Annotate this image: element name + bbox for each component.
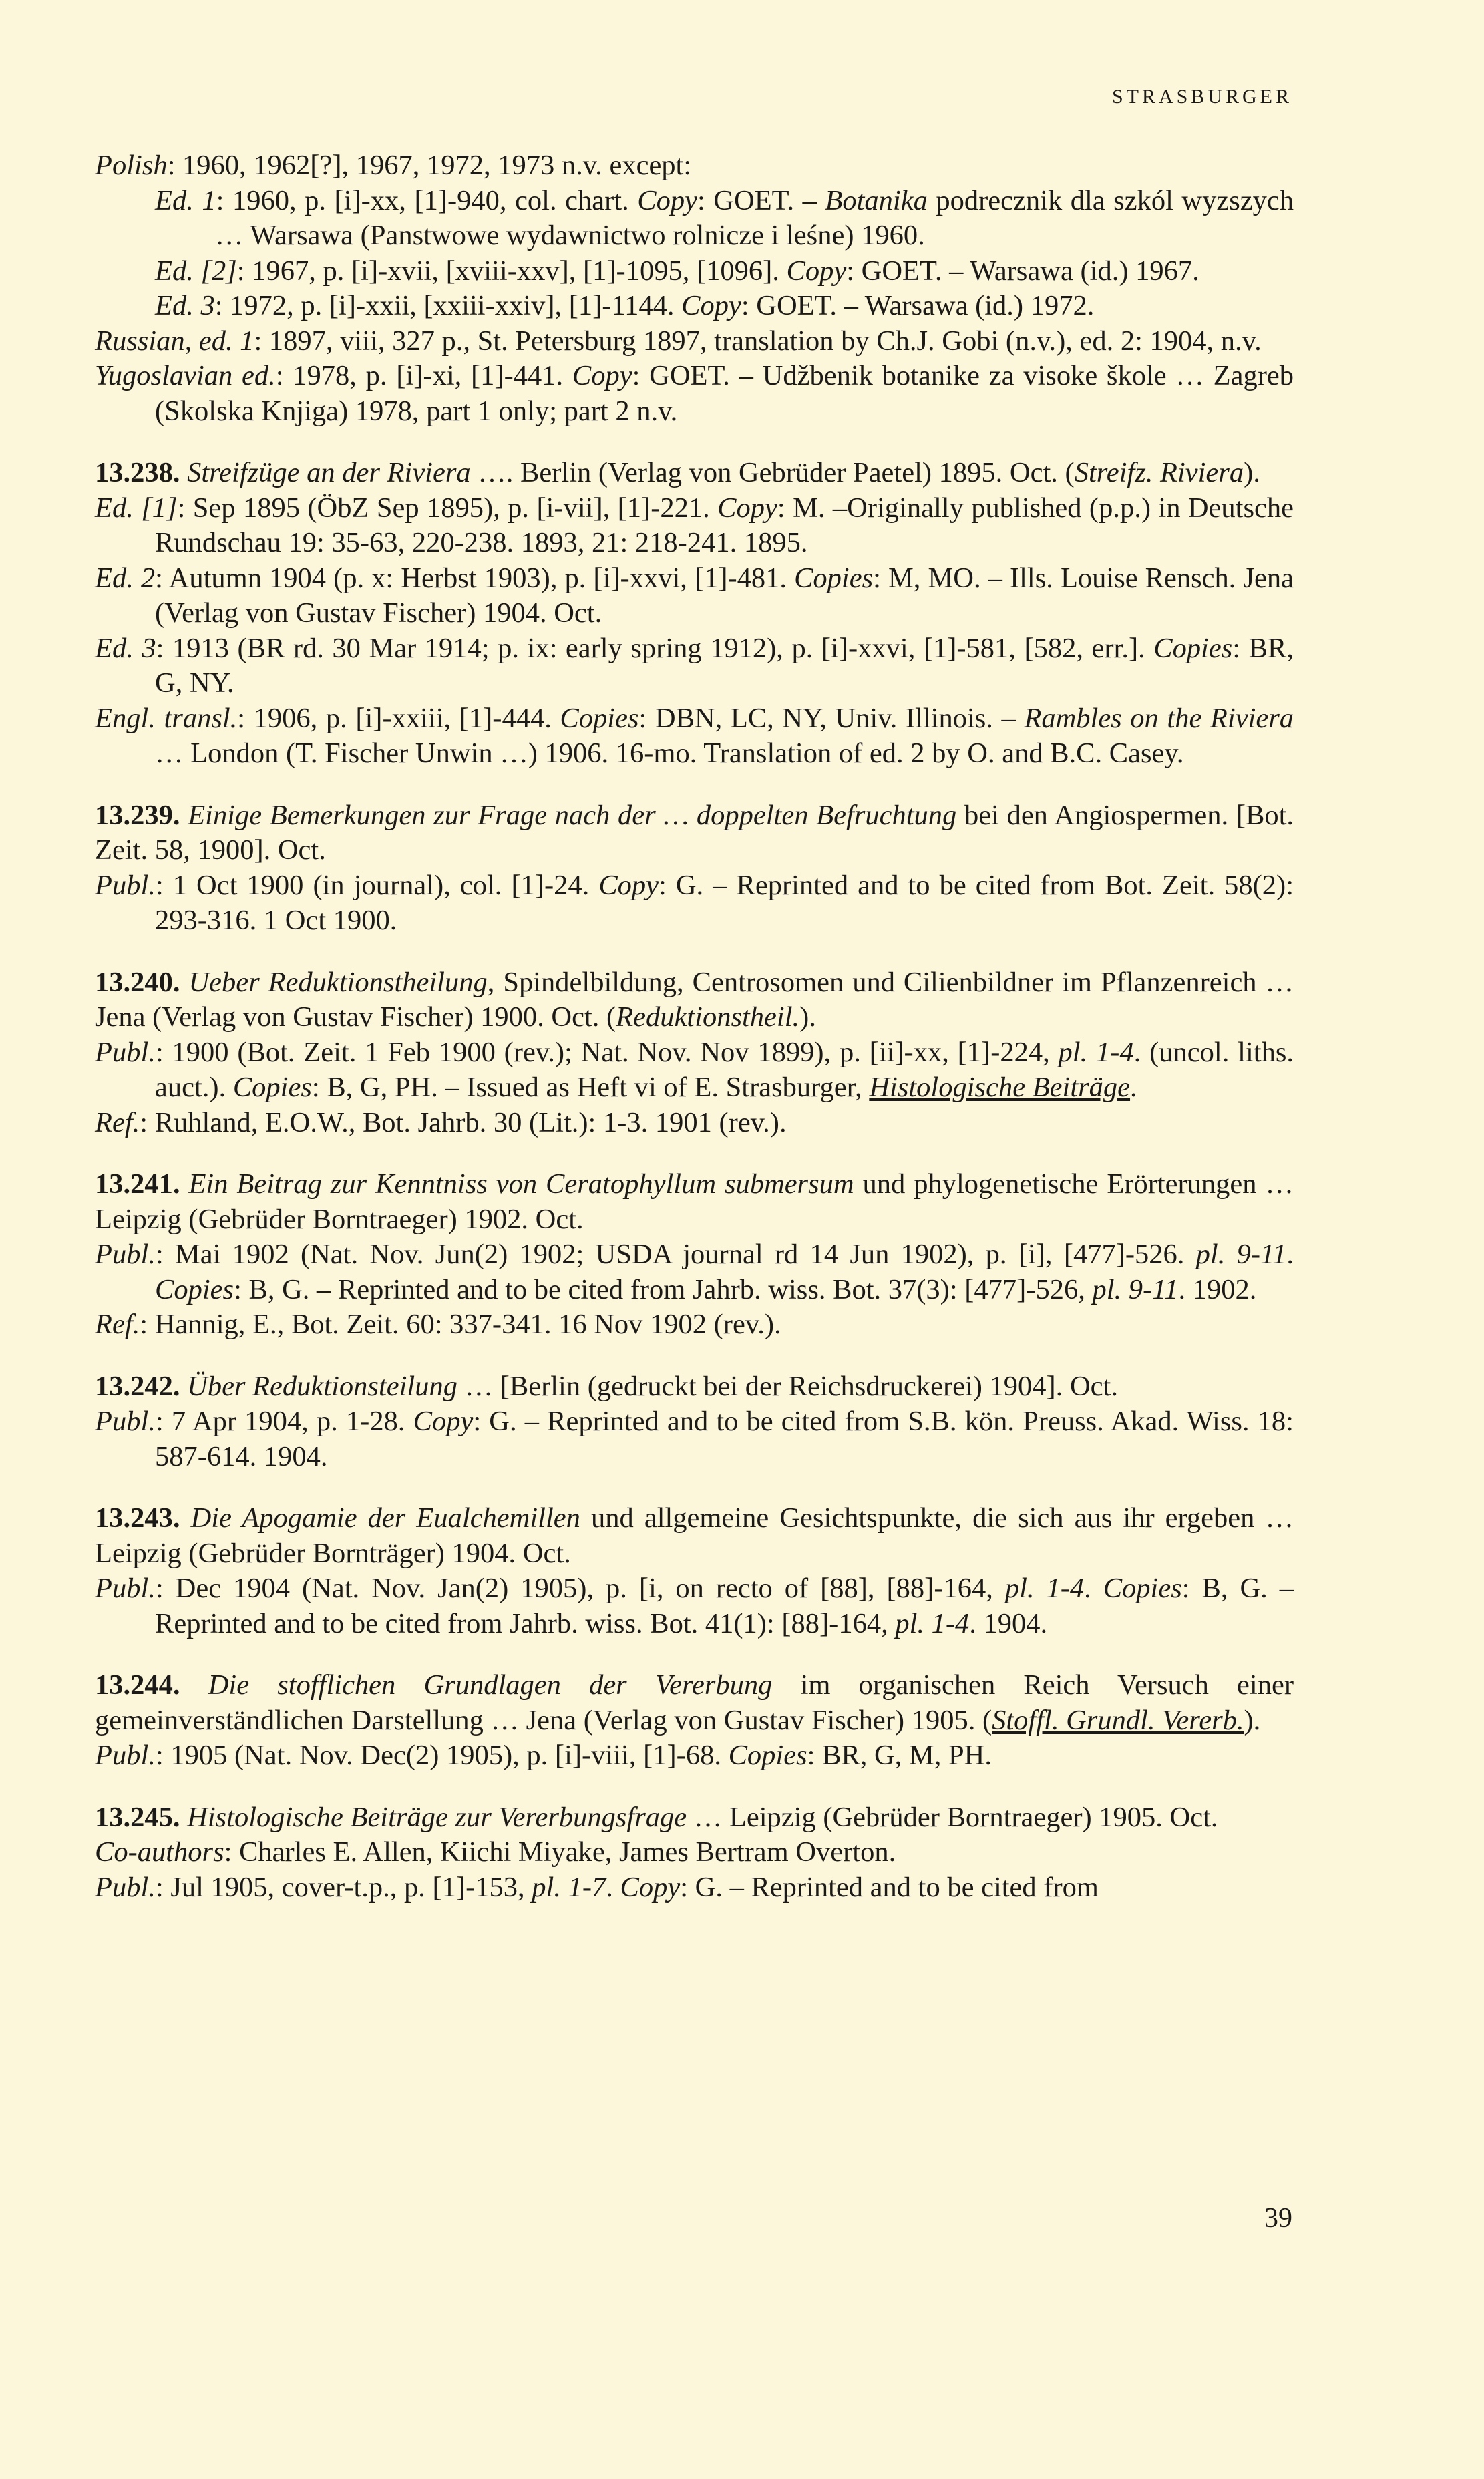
text: : DBN, LC, NY, Univ. Illinois. – [638,703,1024,734]
text: : 1978, p. [i]-xi, [1]-441. [276,360,572,391]
text: : GOET. – [697,185,825,216]
text: ). [799,1001,816,1033]
entry-number: 13.245. [95,1802,180,1833]
plates: pl. 9-11 [1092,1274,1178,1305]
entry-line: Engl. transl.: 1906, p. [i]-xxiii, [1]-4… [95,701,1294,772]
entry-title: Streifzüge an der Riviera [187,457,471,488]
text: : Hannig, E., Bot. Zeit. 60: 337-341. 16… [140,1309,781,1340]
plates: pl. 1-4 [895,1608,969,1639]
entry-number: 13.243. [95,1502,180,1534]
text: : 1960, p. [i]-xx, [1]-940, col. chart. [216,185,638,216]
text: : 1905 (Nat. Nov. Dec(2) 1905), p. [i]-v… [156,1740,729,1771]
entry-line: Co-authors: Charles E. Allen, Kiichi Miy… [95,1835,1294,1870]
plates: pl. 1-4 [1059,1037,1134,1068]
text: : G. – Reprinted and to be cited from [680,1872,1099,1903]
text: … London (T. Fischer Unwin …) 1906. 16-m… [155,737,1184,769]
copy-label: Copies [1103,1573,1182,1604]
entry-title: Einige Bemerkungen zur Frage nach der … … [188,800,956,831]
copy-label: Copies [560,703,638,734]
entry-13-242: 13.242. Über Reduktionsteilung … [Berlin… [95,1369,1294,1475]
label: Co-authors [95,1836,224,1868]
label: Ed. 3 [155,290,215,321]
label: Publ. [95,1238,156,1270]
title: Botanika [825,185,927,216]
entry-abbrev: Stoffl. Grundl. Vererb. [992,1705,1244,1736]
label: Publ. [95,1872,156,1903]
copy-label: Copy [637,185,697,216]
text: : Ruhland, E.O.W., Bot. Jahrb. 30 (Lit.)… [140,1107,786,1138]
entry-title: Die Apogamie der Eualchemillen [191,1502,580,1534]
text: : 1967, p. [i]-xvii, [xviii-xxv], [1]-10… [237,255,787,287]
text: . [1130,1071,1137,1103]
text: : Charles E. Allen, Kiichi Miyake, James… [224,1836,896,1868]
text: . [606,1872,620,1903]
text: . [1084,1573,1103,1604]
entry-number: 13.239. [95,800,180,831]
entry-number: 13.238. [95,457,180,488]
entry-line: Publ.: Dec 1904 (Nat. Nov. Jan(2) 1905),… [95,1571,1294,1641]
entry-number: 13.244. [95,1669,180,1701]
text: : 1972, p. [i]-xxii, [xxiii-xxiv], [1]-1… [215,290,681,321]
entry-heading: 13.244. Die stofflichen Grundlagen der V… [95,1668,1294,1738]
entry-title: Über Reduktionsteilung [187,1371,457,1402]
text: : BR, G, M, PH. [807,1740,992,1771]
page-number: 39 [1264,2202,1292,2235]
text: : 1897, viii, 327 p., St. Petersburg 189… [254,325,1261,357]
running-head: STRASBURGER [1112,86,1292,108]
label: Publ. [95,1037,156,1068]
continuation-translations: Polish: 1960, 1962[?], 1967, 1972, 1973 … [95,148,1294,429]
label: Ref. [95,1309,140,1340]
text: : 7 Apr 1904, p. 1-28. [156,1406,413,1437]
plates: pl. 1-7 [532,1872,606,1903]
page-body: Polish: 1960, 1962[?], 1967, 1972, 1973 … [95,148,1294,1905]
entry-abbrev: Reduktionstheil. [616,1001,799,1033]
entry-13-243: 13.243. Die Apogamie der Eualchemillen u… [95,1501,1294,1641]
copy-label: Copy [787,255,847,287]
text: : GOET. – Warsawa (id.) 1972. [741,290,1095,321]
label: Ed. [2] [155,255,237,287]
entry-line: Publ.: 1900 (Bot. Zeit. 1 Feb 1900 (rev.… [95,1035,1294,1106]
polish-ed1: Ed. 1: 1960, p. [i]-xx, [1]-940, col. ch… [95,184,1294,254]
label: Publ. [95,1740,156,1771]
copy-label: Copy [717,492,777,524]
label: Ed. [1] [95,492,178,524]
entry-13-238: 13.238. Streifzüge an der Riviera …. Ber… [95,456,1294,772]
text: : Mai 1902 (Nat. Nov. Jun(2) 1902; USDA … [156,1238,1196,1270]
entry-line: Ed. [1]: Sep 1895 (ÖbZ Sep 1895), p. [i-… [95,491,1294,561]
copy-label: Copies [233,1071,312,1103]
label: Publ. [95,1573,156,1604]
label: Engl. transl. [95,703,237,734]
entry-number: 13.241. [95,1168,180,1200]
entry-line: Ed. 2: Autumn 1904 (p. x: Herbst 1903), … [95,561,1294,631]
entry-title: Ein Beitrag zur Kenntniss von Ceratophyl… [188,1168,854,1200]
label: Ref. [95,1107,140,1138]
label: Ed. 3 [95,633,156,664]
label: Publ. [95,1406,156,1437]
text: : 1913 (BR rd. 30 Mar 1914; p. ix: early… [156,633,1154,664]
entry-number: 13.240. [95,967,180,998]
entry-line: Ref.: Ruhland, E.O.W., Bot. Jahrb. 30 (L… [95,1106,1294,1141]
entry-line: Ed. 3: 1913 (BR rd. 30 Mar 1914; p. ix: … [95,631,1294,701]
text: : Jul 1905, cover-t.p., p. [1]-153, [156,1872,532,1903]
label: Yugoslavian ed. [95,360,276,391]
text: . 1904. [969,1608,1047,1639]
entry-heading: 13.240. Ueber Reduktionstheilung, Spinde… [95,965,1294,1035]
plates: pl. 1-4 [1005,1573,1084,1604]
entry-line: Publ.: 7 Apr 1904, p. 1-28. Copy: G. – R… [95,1404,1294,1474]
copy-label: Copy [572,360,632,391]
title: Rambles on the Riviera [1024,703,1294,734]
text: : B, G. – Reprinted and to be cited from… [234,1274,1092,1305]
copy-label: Copies [1153,633,1232,664]
entry-13-239: 13.239. Einige Bemerkungen zur Frage nac… [95,798,1294,939]
text: . 1902. [1179,1274,1257,1305]
entry-heading: 13.243. Die Apogamie der Eualchemillen u… [95,1501,1294,1571]
text: . [1286,1238,1294,1270]
copy-label: Copies [729,1740,807,1771]
text: : 1900 (Bot. Zeit. 1 Feb 1900 (rev.); Na… [156,1037,1059,1068]
copy-label: Copies [155,1274,234,1305]
entry-title: Ueber Reduktionstheilung [188,967,487,998]
entry-13-240: 13.240. Ueber Reduktionstheilung, Spinde… [95,965,1294,1141]
entry-number: 13.242. [95,1371,180,1402]
polish-ed2: Ed. [2]: 1967, p. [i]-xvii, [xviii-xxv],… [95,254,1294,289]
entry-line: Publ.: 1905 (Nat. Nov. Dec(2) 1905), p. … [95,1738,1294,1774]
text: : Dec 1904 (Nat. Nov. Jan(2) 1905), p. [… [156,1573,1005,1604]
text: ). [1244,457,1260,488]
entry-imprint: … Leipzig (Gebrüder Borntraeger) 1905. O… [687,1802,1218,1833]
entry-imprint: …. Berlin (Verlag von Gebrüder Paetel) 1… [471,457,1075,488]
copy-label: Copies [794,562,873,594]
plates: pl. 9-11 [1196,1238,1287,1270]
series-title: Histologische Beiträge [869,1071,1130,1103]
copy-label: Copy [413,1406,474,1437]
text: : 1906, p. [i]-xxiii, [1]-444. [237,703,560,734]
polish-translations: Polish: 1960, 1962[?], 1967, 1972, 1973 … [95,148,1294,184]
russian-translation: Russian, ed. 1: 1897, viii, 327 p., St. … [95,324,1294,359]
copy-label: Copy [681,290,741,321]
label: Publ. [95,870,156,901]
entry-title: Die stofflichen Grundlagen der Vererbung [208,1669,773,1701]
polish-ed3: Ed. 3: 1972, p. [i]-xxii, [xxiii-xxiv], … [95,289,1294,324]
copy-label: Copy [620,1872,680,1903]
text: : 1 Oct 1900 (in journal), col. [1]-24. [156,870,598,901]
text: ). [1244,1705,1260,1736]
text: : Sep 1895 (ÖbZ Sep 1895), p. [i-vii], [… [178,492,718,524]
entry-heading: 13.238. Streifzüge an der Riviera …. Ber… [95,456,1294,491]
entry-13-245: 13.245. Histologische Beiträge zur Verer… [95,1800,1294,1906]
entry-line: Ref.: Hannig, E., Bot. Zeit. 60: 337-341… [95,1307,1294,1343]
entry-13-241: 13.241. Ein Beitrag zur Kenntniss von Ce… [95,1167,1294,1343]
entry-heading: 13.239. Einige Bemerkungen zur Frage nac… [95,798,1294,868]
entry-13-244: 13.244. Die stofflichen Grundlagen der V… [95,1668,1294,1774]
label: Russian, ed. 1 [95,325,254,357]
entry-heading: 13.241. Ein Beitrag zur Kenntniss von Ce… [95,1167,1294,1237]
text: : GOET. – Warsawa (id.) 1967. [846,255,1199,287]
entry-abbrev: Streifz. Riviera [1075,457,1244,488]
entry-line: Publ.: Mai 1902 (Nat. Nov. Jun(2) 1902; … [95,1237,1294,1307]
text: : Autumn 1904 (p. x: Herbst 1903), p. [i… [155,562,794,594]
text: : 1960, 1962[?], 1967, 1972, 1973 n.v. e… [168,150,692,181]
entry-imprint: … [Berlin (gedruckt bei der Reichsdrucke… [457,1371,1118,1402]
entry-heading: 13.242. Über Reduktionsteilung … [Berlin… [95,1369,1294,1405]
label: Ed. 2 [95,562,155,594]
entry-line: Publ.: 1 Oct 1900 (in journal), col. [1]… [95,868,1294,939]
entry-title: Histologische Beiträge zur Vererbungsfra… [187,1802,687,1833]
entry-heading: 13.245. Histologische Beiträge zur Verer… [95,1800,1294,1836]
label: Polish [95,150,168,181]
entry-line: Publ.: Jul 1905, cover-t.p., p. [1]-153,… [95,1870,1294,1906]
text: : B, G, PH. – Issued as Heft vi of E. St… [312,1071,869,1103]
copy-label: Copy [598,870,659,901]
label: Ed. 1 [155,185,216,216]
yugoslavian-translation: Yugoslavian ed.: 1978, p. [i]-xi, [1]-44… [95,359,1294,429]
